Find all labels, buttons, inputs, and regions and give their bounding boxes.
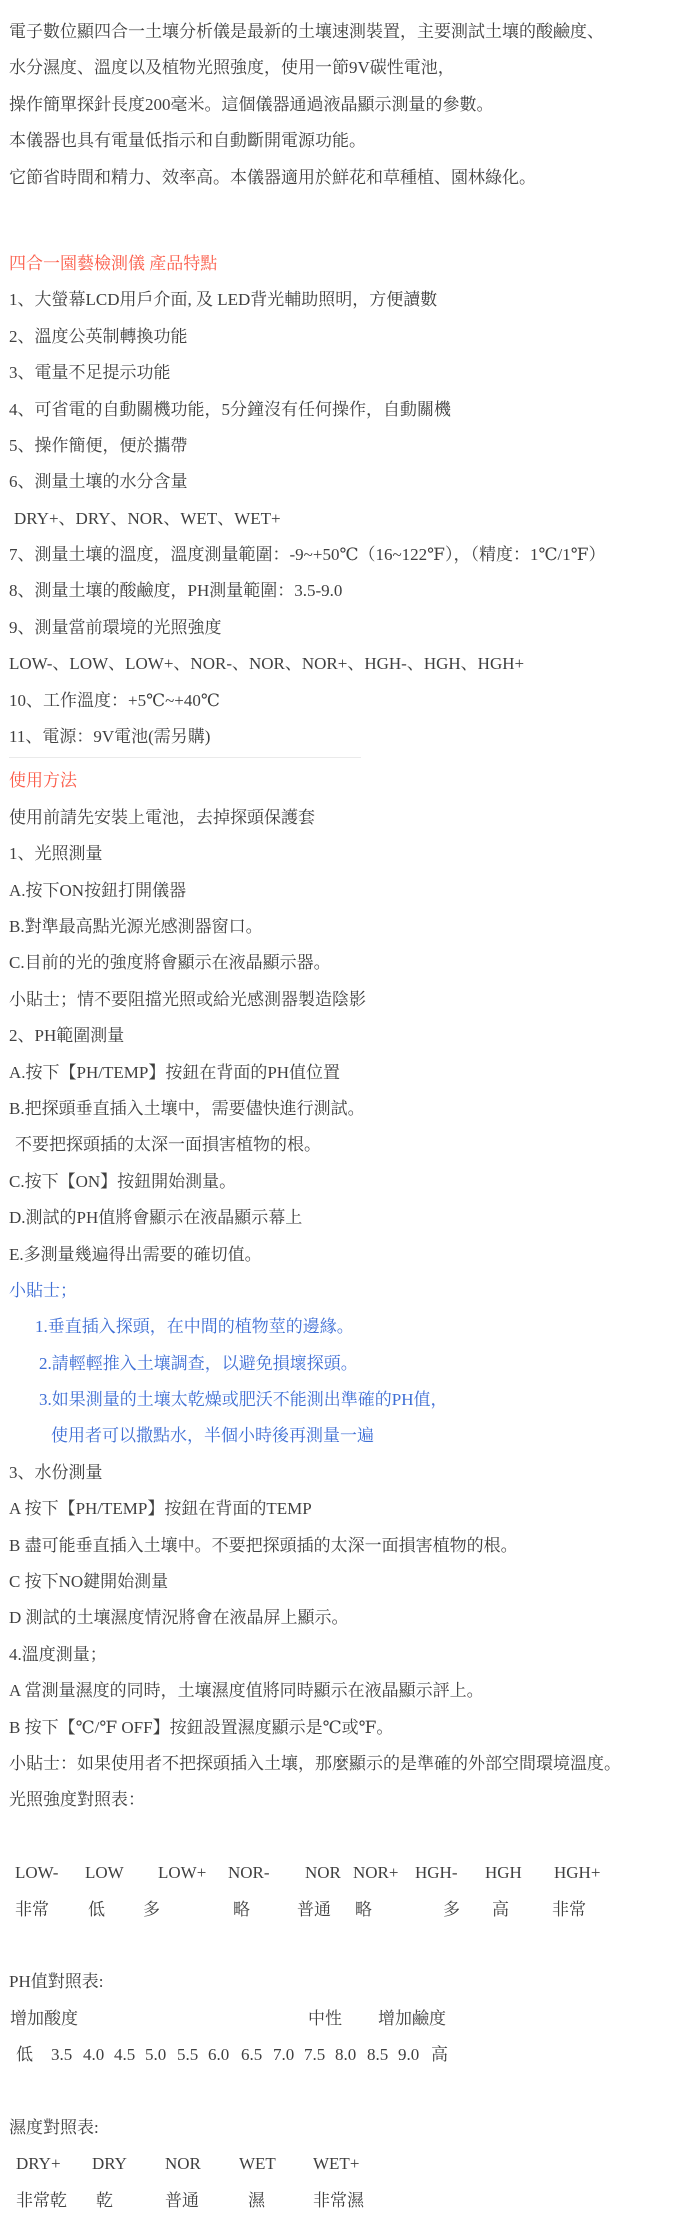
light-table-codes-row: LOW- LOW LOW+ NOR- NOR NOR+ HGH- HGH HGH…: [9, 1855, 692, 1891]
intro-line: 本儀器也具有電量低指示和自動斷開電源功能。: [9, 123, 692, 159]
step-line: B.把探頭垂直插入土壤中，需要儘快進行測試。: [9, 1091, 692, 1127]
step-line: B 盡可能垂直插入土壤中。不要把探頭插的太深一面損害植物的根。: [9, 1528, 692, 1564]
tips-label: 小貼士；: [9, 1273, 692, 1309]
tip-line: 3.如果測量的土壤太乾燥或肥沃不能測出準確的PH值，: [9, 1382, 692, 1418]
step-line: A 按下【PH/TEMP】按鈕在背面的TEMP: [9, 1491, 692, 1527]
light-table-title: 光照強度對照表：: [9, 1782, 692, 1818]
moisture-table-label: 乾: [96, 2183, 113, 2219]
spacer: [9, 1928, 692, 1964]
step-line: C.按下【ON】按鈕開始測量。: [9, 1164, 692, 1200]
ph-step-title: 2、PH範圍測量: [9, 1018, 692, 1054]
feature-item: 3、電量不足提示功能: [9, 355, 692, 391]
moisture-table-codes-row: DRY+ DRY NOR WET WET+: [9, 2146, 692, 2182]
feature-item: 6、測量土壤的水分含量: [9, 464, 692, 500]
ph-scale-value: 低: [16, 2037, 33, 2073]
usage-heading: 使用方法: [9, 763, 692, 799]
feature-item: 7、測量土壤的溫度，溫度測量範圍：-9~+50℃（16~122℉），（精度：1℃…: [9, 537, 692, 573]
step-line: A.按下ON按鈕打開儀器: [9, 873, 692, 909]
usage-intro: 使用前請先安裝上電池，去掉探頭保護套: [9, 800, 692, 836]
temperature-step-title: 4.溫度測量；: [9, 1637, 692, 1673]
light-table-code: HGH-: [415, 1855, 458, 1891]
moisture-table-label: 普通: [165, 2183, 199, 2219]
section-divider: [9, 757, 361, 758]
tip-line: 2.請輕輕推入土壤調查，以避免損壞探頭。: [9, 1346, 692, 1382]
tip-line: 1.垂直插入探頭，在中間的植物莖的邊緣。: [9, 1309, 692, 1345]
spacer: [9, 2073, 692, 2109]
moisture-step-title: 3、水份測量: [9, 1455, 692, 1491]
light-table-code: NOR+: [353, 1855, 398, 1891]
intro-line: 操作簡單探針長度200毫米。這個儀器通過液晶顯示測量的參數。: [9, 87, 692, 123]
step-line: B.對準最高點光源光感測器窗口。: [9, 909, 692, 945]
ph-scale-value: 5.0: [145, 2037, 166, 2073]
step-line: D.測試的PH值將會顯示在液晶顯示幕上: [9, 1200, 692, 1236]
light-table-code: LOW+: [158, 1855, 206, 1891]
intro-line: 它節省時間和精力、效率高。本儀器適用於鮮花和草種植、園林綠化。: [9, 160, 692, 196]
product-description: 電子數位顯四合一土壤分析儀是最新的土壤速測裝置，主要測試土壤的酸鹼度、 水分濕度…: [0, 0, 700, 2227]
spacer: [9, 1819, 692, 1855]
ph-alkalinity-label: 增加鹼度: [378, 2001, 446, 2037]
feature-item: 8、測量土壤的酸鹼度，PH測量範圍：3.5-9.0: [9, 573, 692, 609]
features-heading: 四合一園藝檢測儀 產品特點: [9, 246, 692, 282]
ph-scale-value: 5.5: [177, 2037, 198, 2073]
feature-item: 4、可省電的自動關機功能，5分鐘沒有任何操作，自動關機: [9, 392, 692, 428]
light-table-label: 非常: [15, 1892, 49, 1928]
light-table-code: NOR: [305, 1855, 341, 1891]
ph-scale-value: 6.5: [241, 2037, 262, 2073]
ph-scale-value: 7.5: [304, 2037, 325, 2073]
ph-scale-value: 9.0: [398, 2037, 419, 2073]
light-levels-line: LOW-、LOW、LOW+、NOR-、NOR、NOR+、HGH-、HGH、HGH…: [9, 646, 692, 682]
light-table-code: HGH+: [554, 1855, 600, 1891]
feature-item: 1、大螢幕LCD用戶介面, 及 LED背光輔助照明，方便讀數: [9, 282, 692, 318]
light-table-label: 略: [355, 1892, 372, 1928]
moisture-table-code: DRY+: [16, 2146, 61, 2182]
moisture-table-label: 非常乾: [16, 2183, 67, 2219]
step-line: A 當測量濕度的同時，土壤濕度值將同時顯示在液晶顯示評上。: [9, 1673, 692, 1709]
moisture-table-code: DRY: [92, 2146, 127, 2182]
feature-item: 10、工作溫度：+5℃~+40℃: [9, 683, 692, 719]
light-table-labels-row: 非常 低 多 略 普通 略 多 高 非常: [9, 1892, 692, 1928]
light-step-title: 1、光照測量: [9, 836, 692, 872]
light-table-code: LOW: [85, 1855, 124, 1891]
ph-scale-value: 高: [431, 2037, 448, 2073]
ph-scale-value: 8.5: [367, 2037, 388, 2073]
light-table-label: 普通: [297, 1892, 331, 1928]
light-table-code: NOR-: [228, 1855, 270, 1891]
ph-scale-value: 4.5: [114, 2037, 135, 2073]
step-line: A.按下【PH/TEMP】按鈕在背面的PH值位置: [9, 1055, 692, 1091]
feature-item: 5、操作簡便，便於攜帶: [9, 428, 692, 464]
step-line: C.目前的光的強度將會顯示在液晶顯示器。: [9, 945, 692, 981]
ph-scale-value: 7.0: [273, 2037, 294, 2073]
step-line: D 測試的土壤濕度情況將會在液晶屏上顯示。: [9, 1600, 692, 1636]
light-table-label: 略: [233, 1892, 250, 1928]
moisture-table-label: 濕: [248, 2183, 265, 2219]
intro-line: 水分濕度、溫度以及植物光照強度，使用一節9V碳性電池，: [9, 50, 692, 86]
light-table-label: 多: [143, 1892, 160, 1928]
moisture-table-label: 非常濕: [313, 2183, 364, 2219]
moisture-table-title: 濕度對照表:: [9, 2110, 692, 2146]
light-table-code: HGH: [485, 1855, 522, 1891]
step-line: C 按下NO鍵開始測量: [9, 1564, 692, 1600]
feature-item: 11、電源：9V電池(需另購): [9, 719, 692, 755]
ph-acidity-label: 增加酸度: [10, 2001, 78, 2037]
moisture-table-labels-row: 非常乾 乾 普通 濕 非常濕: [9, 2183, 692, 2219]
moisture-table-code: NOR: [165, 2146, 201, 2182]
ph-table-header-row: 增加酸度 中性 增加鹼度: [9, 2001, 692, 2037]
ph-scale-value: 4.0: [83, 2037, 104, 2073]
light-table-code: LOW-: [15, 1855, 58, 1891]
ph-table-title: PH值對照表:: [9, 1964, 692, 2000]
light-table-label: 高: [492, 1892, 509, 1928]
step-line: B 按下【℃/℉ OFF】按鈕設置濕度顯示是℃或℉。: [9, 1710, 692, 1746]
light-table-label: 非常: [552, 1892, 586, 1928]
light-table-label: 多: [443, 1892, 460, 1928]
ph-table-scale-row: 低 3.5 4.0 4.5 5.0 5.5 6.0 6.5 7.0 7.5 8.…: [9, 2037, 692, 2073]
tip-line: 小貼士；情不要阻擋光照或給光感測器製造陰影: [9, 982, 692, 1018]
moisture-table-code: WET+: [313, 2146, 359, 2182]
ph-neutral-label: 中性: [308, 2001, 342, 2037]
ph-scale-value: 8.0: [335, 2037, 356, 2073]
intro-line: 電子數位顯四合一土壤分析儀是最新的土壤速測裝置，主要測試土壤的酸鹼度、: [9, 14, 692, 50]
step-line: E.多測量幾遍得出需要的確切值。: [9, 1237, 692, 1273]
step-line: 不要把探頭插的太深一面損害植物的根。: [9, 1127, 692, 1163]
ph-scale-value: 3.5: [51, 2037, 72, 2073]
moisture-table-code: WET: [239, 2146, 276, 2182]
tip-line: 使用者可以撒點水，半個小時後再測量一遍: [9, 1418, 692, 1454]
tip-line: 小貼士：如果使用者不把探頭插入土壤，那麼顯示的是準確的外部空間環境溫度。: [9, 1746, 692, 1782]
feature-item: 2、溫度公英制轉換功能: [9, 319, 692, 355]
moisture-levels-line: DRY+、DRY、NOR、WET、WET+: [9, 501, 692, 537]
light-table-label: 低: [88, 1892, 105, 1928]
feature-item: 9、測量當前環境的光照強度: [9, 610, 692, 646]
ph-scale-value: 6.0: [208, 2037, 229, 2073]
